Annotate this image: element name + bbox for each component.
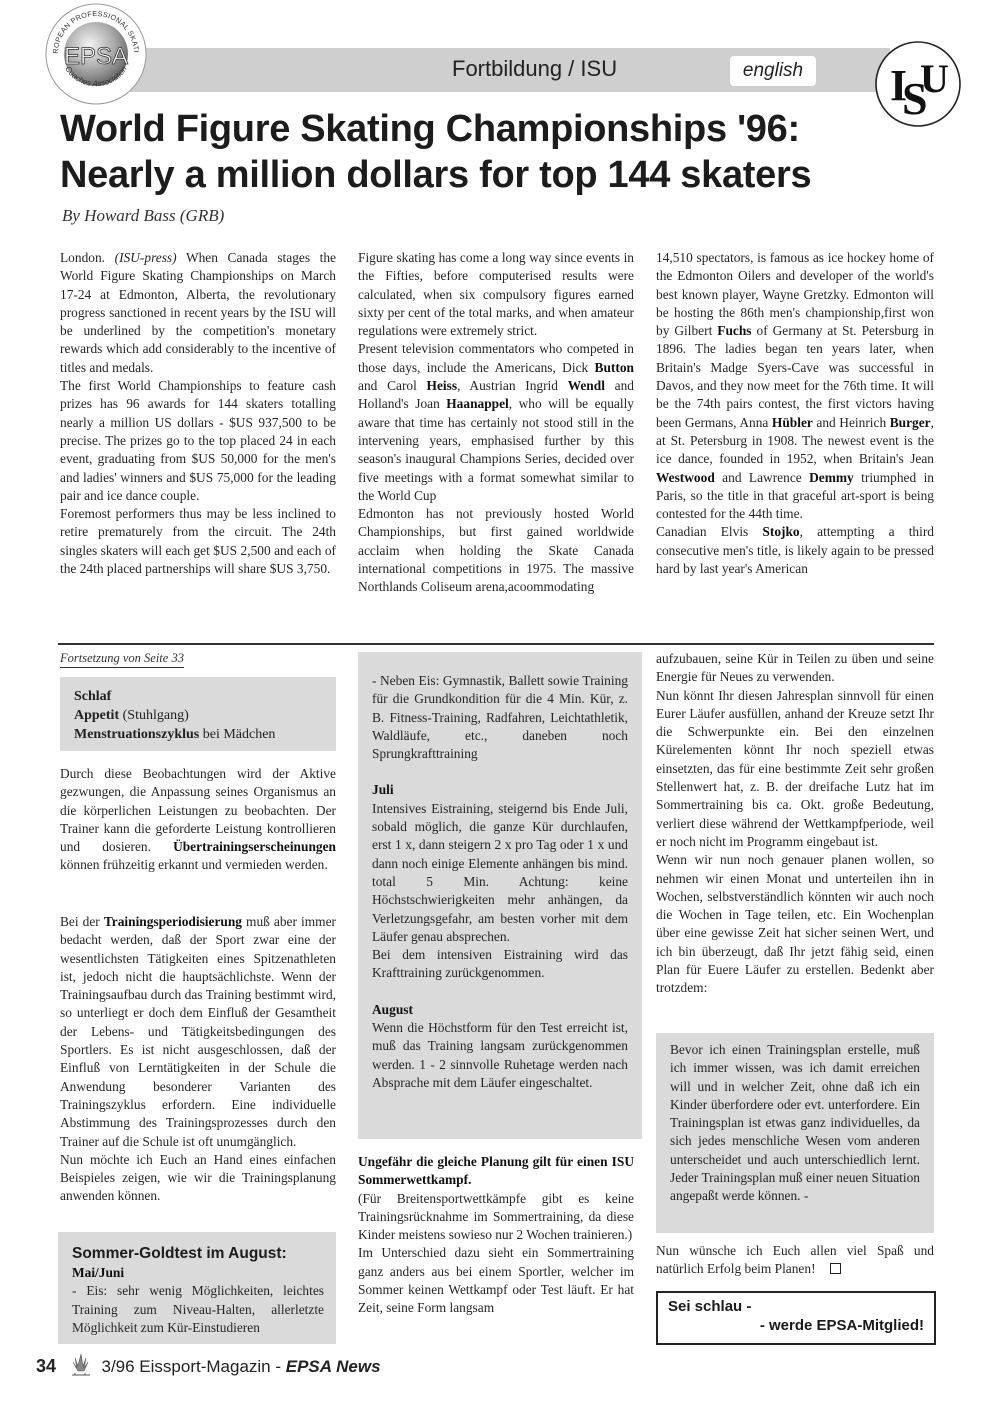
paragraph: London. (ISU-press) When Canada stages t… [60, 249, 336, 377]
svg-text:U: U [920, 56, 949, 101]
box-title: Sommer-Goldtest im August: [72, 1244, 324, 1264]
paragraph: Figure skating has come a long way since… [358, 249, 634, 340]
paragraph: Wenn wir nun noch genauer planen wollen,… [656, 851, 934, 997]
page-footer: 34 3/96 Eissport-Magazin - EPSA News [36, 1352, 381, 1383]
paragraph: Im Unterschied dazu sieht ein Sommertrai… [358, 1244, 634, 1317]
paragraph: Present television commentators who comp… [358, 340, 634, 505]
paragraph: Durch diese Beobachtungen wird der Aktiv… [60, 765, 336, 875]
german-column-1-top: Durch diese Beobachtungen wird der Aktiv… [60, 765, 336, 875]
paragraph: 14,510 spectators, is famous as ice hock… [656, 249, 934, 523]
german-column-3: aufzubauen, seine Kür in Teilen zu üben … [656, 650, 934, 998]
article-headline: World Figure Skating Championships '96: … [60, 106, 811, 198]
headline-line-1: World Figure Skating Championships '96: [60, 106, 811, 152]
trainingsplan-note-box: Bevor ich einen Trainingsplan erstelle, … [656, 1033, 934, 1233]
paragraph: The first World Championships to feature… [60, 377, 336, 505]
paragraph: Canadian Elvis Stojko, attempting a thir… [656, 523, 934, 578]
section-divider [58, 643, 934, 645]
membership-cta-box: Sei schlau - - werde EPSA-Mitglied! [656, 1291, 936, 1345]
sommer-goldtest-box: Sommer-Goldtest im August: Mai/Juni - Ei… [58, 1232, 336, 1344]
svg-text:EPSA: EPSA [64, 43, 128, 70]
german-column-1-body: Bei der Trainingsperiodisierung muß aber… [60, 913, 336, 1206]
schlaf-box: Schlaf Appetit (Stuhlgang) Menstruations… [60, 677, 336, 751]
english-column-1: London. (ISU-press) When Canada stages t… [60, 249, 336, 578]
subheading: Ungefähr die gleiche Planung gilt für ei… [358, 1153, 634, 1190]
paragraph: (Für Breitensportwettkämpfe gibt es kein… [358, 1190, 634, 1245]
language-label: english [730, 56, 816, 86]
paragraph: aufzubauen, seine Kür in Teilen zu üben … [656, 650, 934, 687]
headline-line-2: Nearly a million dollars for top 144 ska… [60, 152, 811, 198]
english-column-3: 14,510 spectators, is famous as ice hock… [656, 249, 934, 578]
byline: By Howard Bass (GRB) [62, 206, 224, 226]
paragraph: Nun könnt Ihr diesen Jahresplan sinnvoll… [656, 687, 934, 852]
continuation-note: Fortsetzung von Seite 33 [60, 651, 184, 668]
paragraph: Foremost performers thus may be less inc… [60, 505, 336, 578]
page-number: 34 [36, 1356, 56, 1376]
paragraph: Nun möchte ich Euch an Hand eines einfac… [60, 1151, 336, 1206]
isu-logo-icon: I S U [874, 40, 962, 128]
english-column-2: Figure skating has come a long way since… [358, 249, 634, 597]
closing-paragraph: Nun wünsche ich Euch allen viel Spaß und… [656, 1242, 934, 1279]
publication-info: 3/96 Eissport-Magazin - EPSA News [102, 1357, 381, 1376]
training-plan-box: - Neben Eis: Gymnastik, Ballett sowie Tr… [358, 652, 642, 1139]
section-title: Fortbildung / ISU [452, 56, 617, 82]
skater-icon [69, 1352, 93, 1383]
end-mark-box-icon [830, 1263, 841, 1274]
paragraph: Edmonton has not previously hosted World… [358, 505, 634, 596]
german-column-2: Ungefähr die gleiche Planung gilt für ei… [358, 1153, 634, 1318]
paragraph: Bei der Trainingsperiodisierung muß aber… [60, 913, 336, 1151]
epsa-logo-icon: EUROPEAN PROFESSIONAL SKATING Coaches As… [44, 2, 148, 106]
